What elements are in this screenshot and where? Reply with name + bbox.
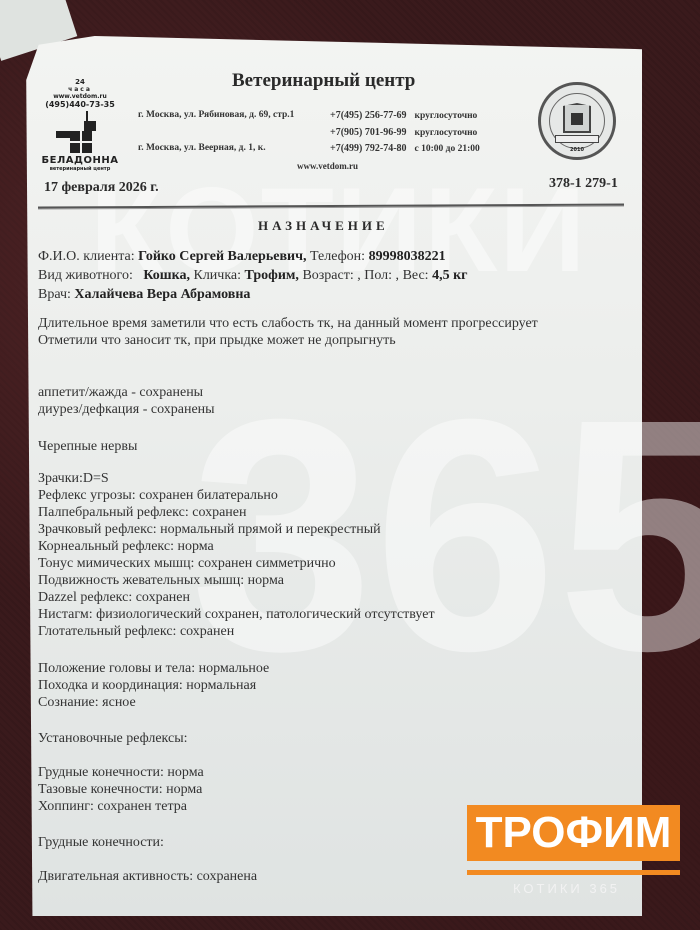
clinic-phones: +7(495) 256-77-69круглосуточно +7(905) 7… bbox=[330, 108, 480, 158]
logo-phone: (495)440-73-35 bbox=[40, 100, 120, 109]
client-name: Гойко Сергей Валерьевич, bbox=[138, 249, 306, 264]
logo-subtitle: ветеринарный центр bbox=[40, 166, 120, 172]
client-phone: 89998038221 bbox=[369, 249, 446, 264]
document-date: 17 февраля 2026 г. bbox=[44, 180, 159, 196]
document-number: 378-1 279-1 bbox=[549, 176, 618, 192]
clinic-title: Ветеринарный центр bbox=[232, 70, 415, 92]
client-line: Ф.И.О. клиента: Гойко Сергей Валерьевич,… bbox=[38, 247, 468, 266]
postural-reflexes-list: Грудные конечности: норма Тазовые конечн… bbox=[38, 764, 204, 815]
logo-name: БЕЛАДОННА bbox=[40, 155, 120, 166]
seal-year: 2010 bbox=[541, 147, 613, 153]
motor-activity: Двигательная активность: сохранена bbox=[38, 868, 257, 885]
cranial-nerves-list: Зрачки:D=S Рефлекс угрозы: сохранен била… bbox=[38, 470, 435, 640]
animal-line: Вид животного: Кошка, Кличка: Трофим, Во… bbox=[38, 266, 468, 285]
weight: 4,5 кг bbox=[432, 268, 467, 283]
posture-list: Положение головы и тела: нормальное Похо… bbox=[38, 660, 269, 711]
brand-badge: ТРОФИМ bbox=[467, 805, 680, 861]
cranial-nerves-title: Черепные нервы bbox=[38, 438, 137, 455]
logo-hours-number: 24 bbox=[40, 78, 120, 86]
brand-underline bbox=[467, 870, 680, 875]
veterinary-chamber-seal-icon: 2010 bbox=[538, 82, 616, 160]
clinic-logo: 24 часа www.vetdom.ru (495)440-73-35 БЕЛ… bbox=[40, 78, 120, 172]
clinic-website: www.vetdom.ru bbox=[297, 161, 358, 171]
brand-subtitle: КОТИКИ 365 bbox=[513, 881, 620, 896]
phone-line: +7(905) 701-96-99круглосуточно bbox=[330, 125, 480, 142]
nickname: Трофим, bbox=[245, 268, 299, 283]
clinic-address-1: г. Москва, ул. Рябиновая, д. 69, стр.1 bbox=[138, 110, 294, 120]
thoracic-limbs-title: Грудные конечности: bbox=[38, 834, 164, 851]
species: Кошка, bbox=[143, 268, 190, 283]
general-status: аппетит/жажда - сохранены диурез/дефкаци… bbox=[38, 384, 215, 418]
deer-logo-icon bbox=[50, 111, 110, 155]
doctor-line: Врач: Халайчева Вера Абрамовна bbox=[38, 285, 468, 304]
logo-website: www.vetdom.ru bbox=[40, 93, 120, 100]
document-heading: НАЗНАЧЕНИЕ bbox=[258, 218, 389, 234]
logo-hours-label: часа bbox=[40, 86, 120, 93]
doctor-name: Халайчева Вера Абрамовна bbox=[74, 287, 250, 302]
clinic-address-2: г. Москва, ул. Веерная, д. 1, к. bbox=[138, 143, 266, 153]
phone-line: +7(499) 792-74-80с 10:00 до 21:00 bbox=[330, 141, 480, 158]
postural-reflexes-title: Установочные рефлексы: bbox=[38, 730, 188, 747]
patient-info: Ф.И.О. клиента: Гойко Сергей Валерьевич,… bbox=[38, 247, 468, 304]
phone-line: +7(495) 256-77-69круглосуточно bbox=[330, 108, 480, 125]
anamnesis: Длительное время заметили что есть слабо… bbox=[38, 315, 538, 349]
